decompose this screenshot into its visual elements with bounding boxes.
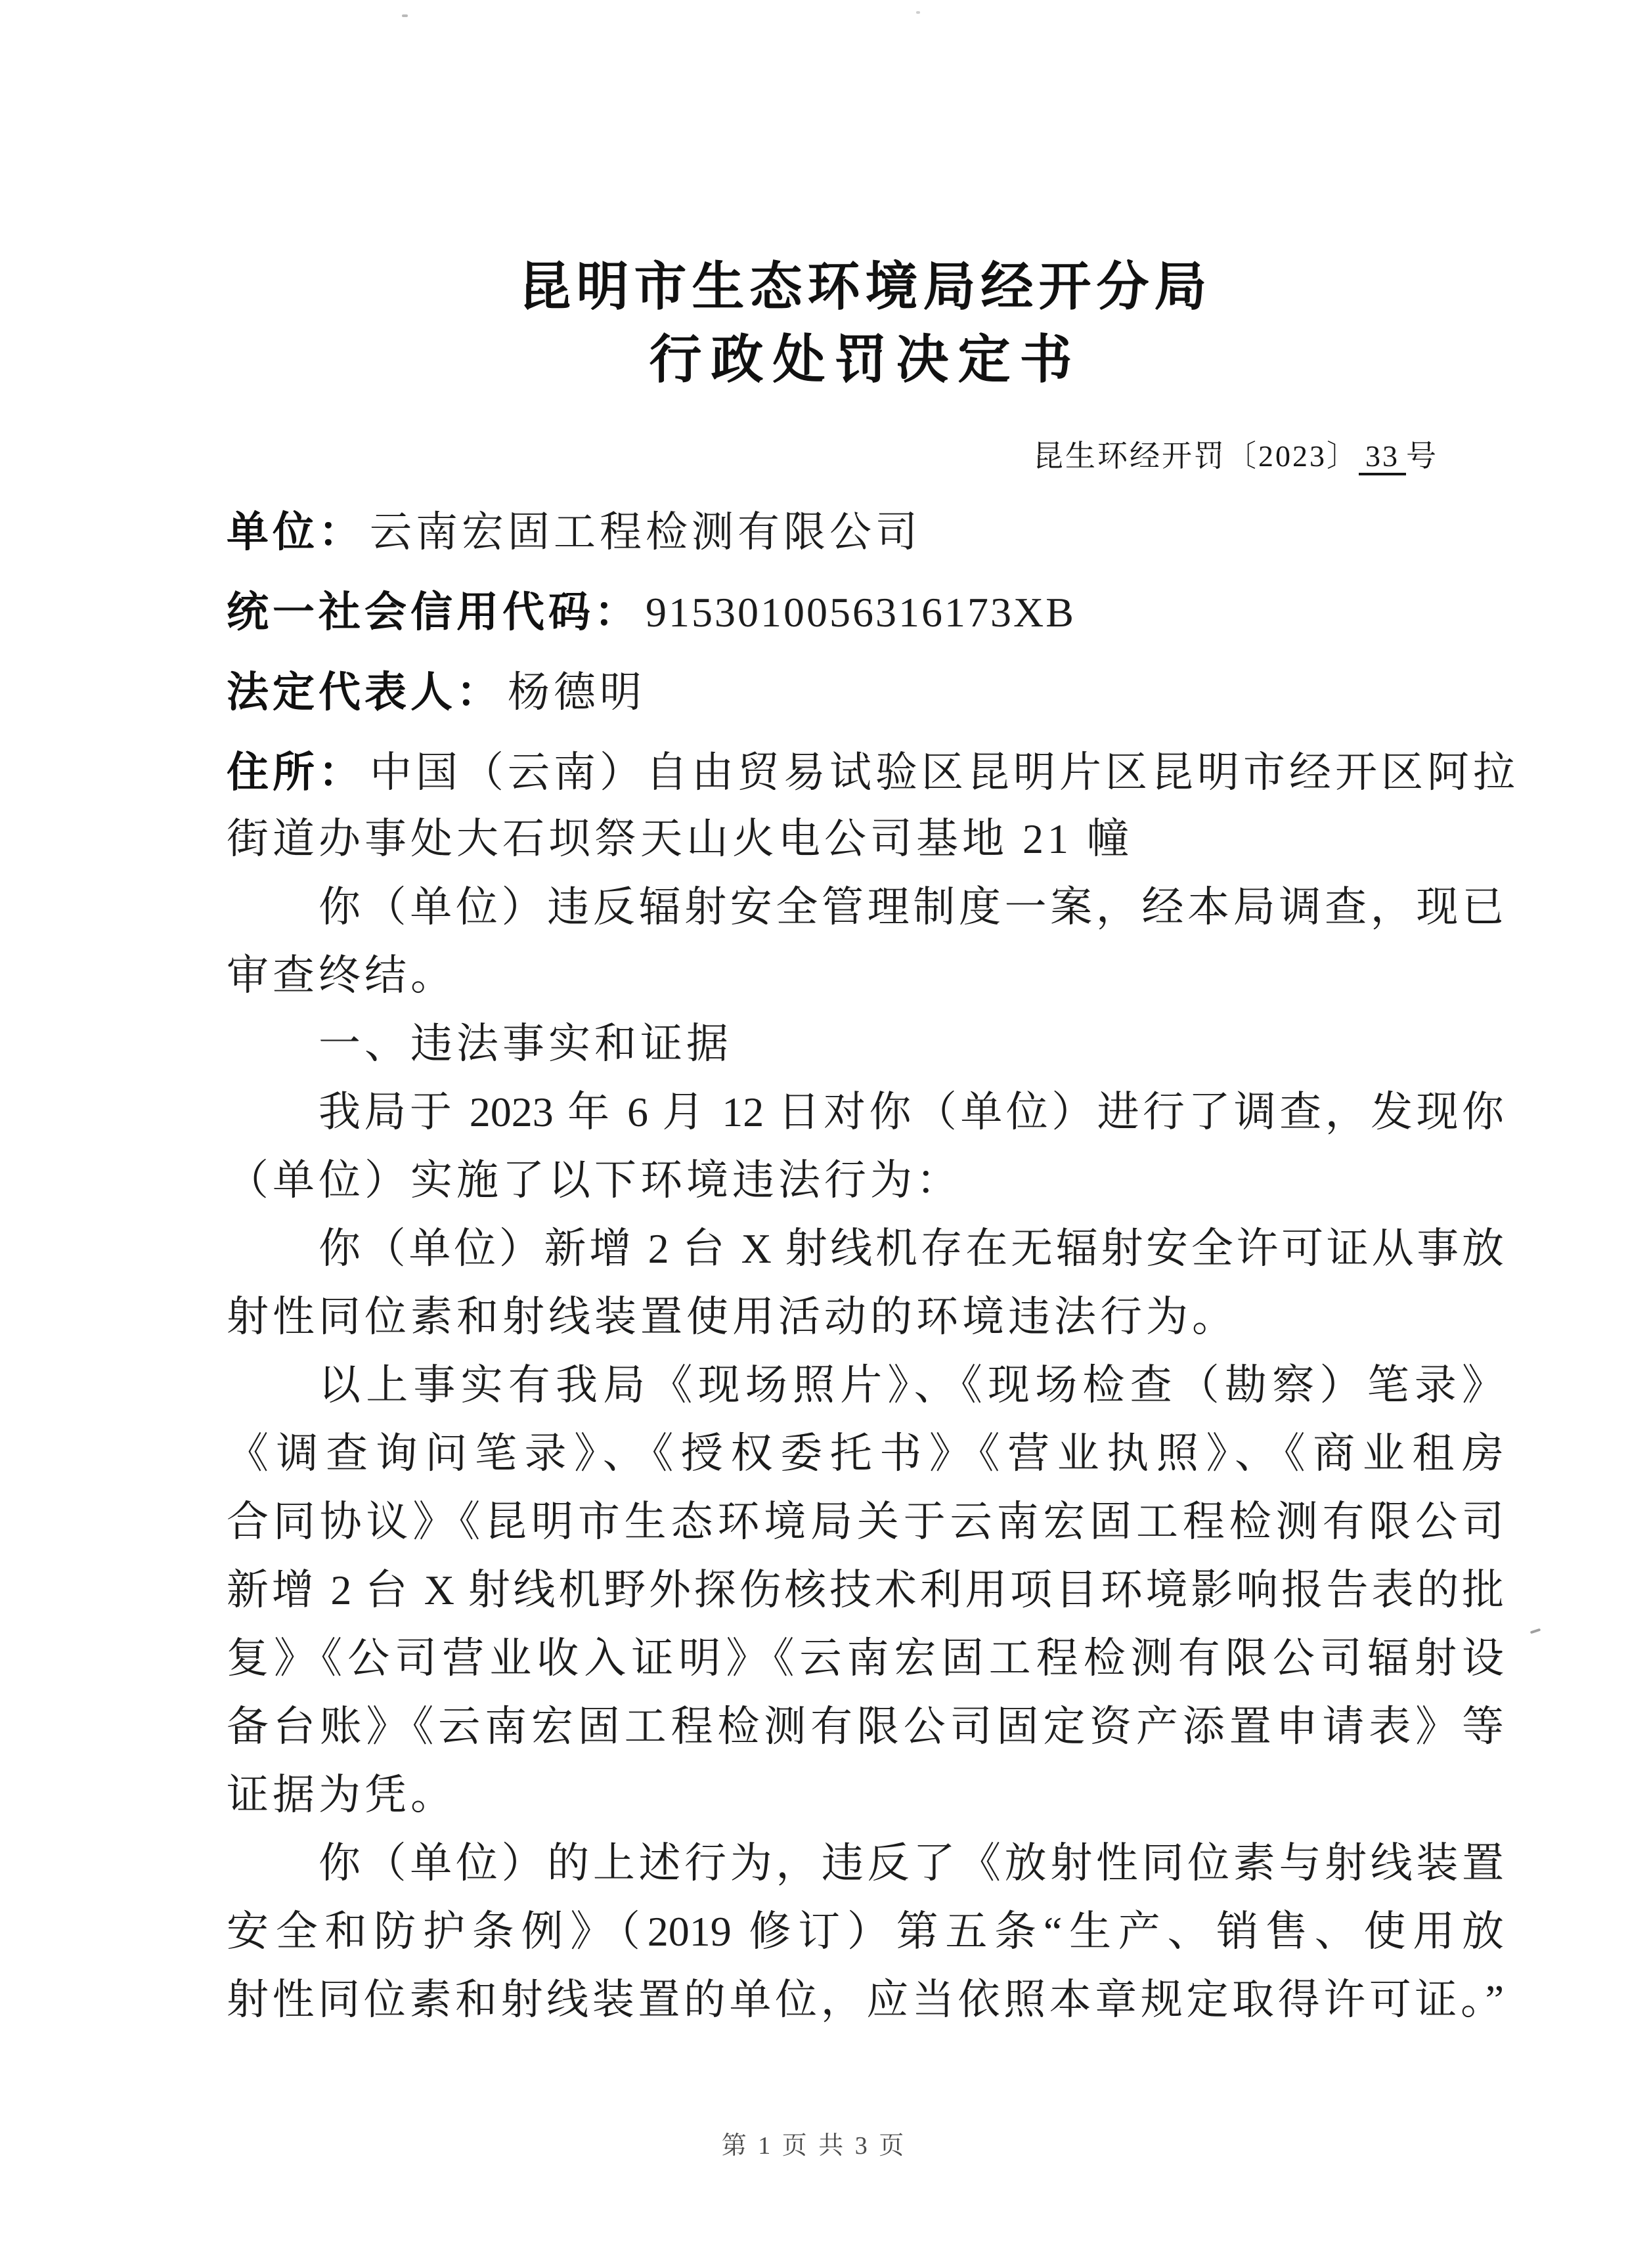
field-unit-label: 单位：: [227, 509, 364, 556]
body-line: 你（单位）违反辐射安全管理制度一案，经本局调查，现已: [227, 885, 1504, 929]
field-address-label: 住所：: [227, 749, 364, 796]
document-title-line1: 昆明市生态环境局经开分局: [227, 261, 1504, 314]
doc-number-value: 33: [1359, 439, 1406, 475]
scanned-document-page: 昆明市生态环境局经开分局 行政处罚决定书 昆生环经开罚〔2023〕33号 单位：…: [0, 0, 1628, 2268]
body-line: 复》《公司营业收入证明》《云南宏固工程检测有限公司辐射设: [227, 1636, 1504, 1680]
body-line: 你（单位）新增 2 台 X 射线机存在无辐射安全许可证从事放: [227, 1227, 1504, 1271]
body-line: 安全和防护条例》（2019 修订）第五条“生产、销售、使用放: [227, 1909, 1504, 1953]
field-unit: 单位：云南宏固工程检测有限公司: [227, 510, 1504, 554]
body-line: 射性同位素和射线装置使用活动的环境违法行为。: [227, 1295, 1504, 1339]
body-line: 证据为凭。: [227, 1773, 1504, 1817]
doc-number-prefix: 昆生环经开罚〔2023〕: [1033, 439, 1359, 473]
page-number-footer: 第 1 页 共 3 页: [0, 2125, 1628, 2161]
body-line: 审查终结。: [227, 953, 1504, 997]
body-line: 《调查询问笔录》、《授权委托书》《营业执照》、《商业租房: [227, 1431, 1504, 1475]
body-line: （单位）实施了以下环境违法行为：: [227, 1158, 1504, 1202]
field-address: 住所：中国（云南）自由贸易试验区昆明片区昆明市经开区阿拉: [227, 751, 1504, 795]
field-legal-representative-value: 杨德明: [508, 669, 646, 716]
body-line: 你（单位）的上述行为，违反了《放射性同位素与射线装置: [227, 1841, 1504, 1885]
field-address-value: 中国（云南）自由贸易试验区昆明片区昆明市经开区阿拉: [370, 749, 1519, 796]
body-line: 备台账》《云南宏固工程检测有限公司固定资产添置申请表》等: [227, 1705, 1504, 1749]
body-line: 射性同位素和射线装置的单位，应当依照本章规定取得许可证。”: [227, 1978, 1504, 2022]
field-credit-code-value: 9153010056316173XB: [646, 589, 1076, 636]
field-credit-code-label: 统一社会信用代码：: [227, 589, 640, 636]
field-legal-representative: 法定代表人：杨德明: [227, 670, 1504, 714]
body-line: 合同协议》《昆明市生态环境局关于云南宏固工程检测有限公司: [227, 1500, 1504, 1544]
document-title-line2: 行政处罚决定书: [227, 334, 1504, 387]
field-credit-code: 统一社会信用代码：9153010056316173XB: [227, 590, 1504, 634]
field-unit-value: 云南宏固工程检测有限公司: [370, 509, 921, 556]
document-number: 昆生环经开罚〔2023〕33号: [1033, 432, 1438, 475]
field-legal-representative-label: 法定代表人：: [227, 669, 502, 716]
body-line: 我局于 2023 年 6 月 12 日对你（单位）进行了调查，发现你: [227, 1090, 1504, 1134]
scan-artifact: [916, 11, 920, 14]
body-line-section-heading: 一、违法事实和证据: [227, 1022, 1504, 1066]
body-line: 新增 2 台 X 射线机野外探伤核技术利用项目环境影响报告表的批: [227, 1568, 1504, 1612]
body-line: 以上事实有我局《现场照片》、《现场检查（勘察）笔录》: [227, 1363, 1504, 1407]
doc-number-suffix: 号: [1406, 439, 1438, 473]
scan-artifact: [1530, 1628, 1541, 1634]
field-address-line2: 街道办事处大石坝祭天山火电公司基地 21 幢: [227, 817, 1504, 861]
scan-artifact: [402, 14, 408, 17]
